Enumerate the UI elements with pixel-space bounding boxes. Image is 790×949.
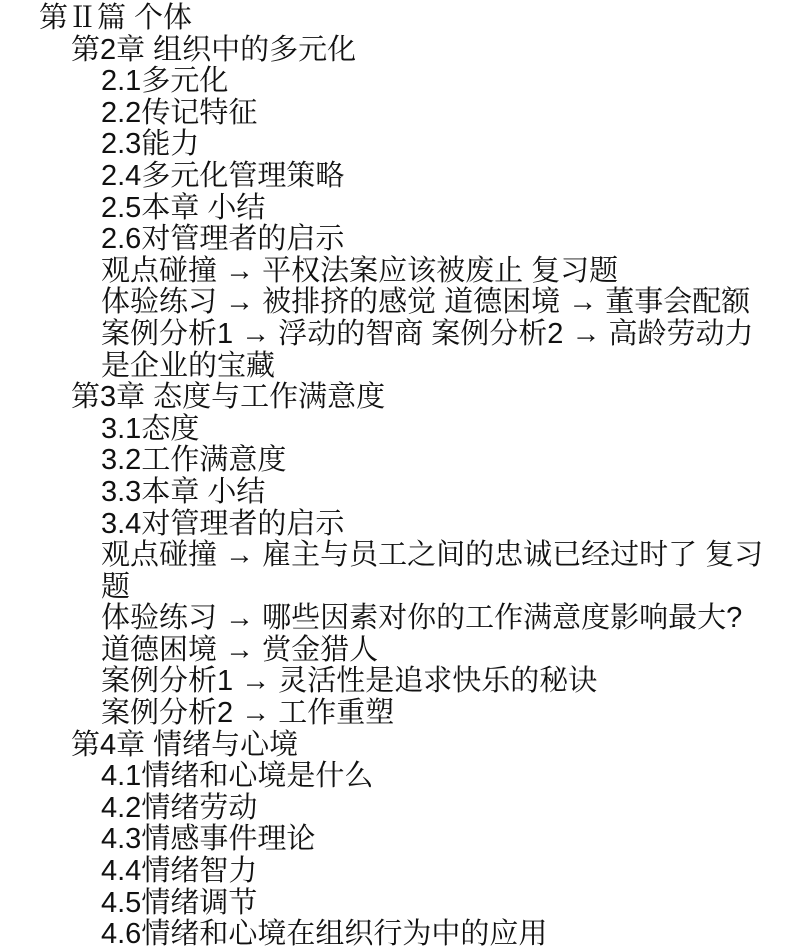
- toc-item[interactable]: 2.2传记特征: [101, 98, 780, 130]
- toc-item[interactable]: 4.4情绪智力: [101, 856, 780, 888]
- toc-item[interactable]: 2.5本章 小结: [101, 193, 780, 225]
- toc-item[interactable]: 4.1情绪和心境是什么: [101, 761, 780, 793]
- toc-chapter[interactable]: 第2章 组织中的多元化: [71, 35, 780, 67]
- toc-item[interactable]: 体验练习 → 哪些因素对你的工作满意度影响最大?: [101, 603, 780, 635]
- toc-item[interactable]: 体验练习 → 被排挤的感觉 道德困境 → 董事会配额: [101, 287, 780, 319]
- toc-item[interactable]: 道德困境 → 赏金猎人: [101, 635, 780, 667]
- toc-chapter[interactable]: 第4章 情绪与心境: [71, 730, 780, 762]
- toc-item[interactable]: 观点碰撞 → 平权法案应该被废止 复习题: [101, 256, 780, 288]
- toc-item[interactable]: 3.3本章 小结: [101, 477, 780, 509]
- toc-item[interactable]: 案例分析2 → 工作重塑: [101, 698, 780, 730]
- toc-page: 第Ⅱ篇 个体第2章 组织中的多元化2.1多元化2.2传记特征2.3能力2.4多元…: [0, 0, 790, 949]
- toc-item[interactable]: 观点碰撞 → 雇主与员工之间的忠诚已经过时了 复习题: [101, 540, 780, 603]
- toc-item[interactable]: 4.3情感事件理论: [101, 824, 780, 856]
- toc-item[interactable]: 2.1多元化: [101, 66, 780, 98]
- toc-item[interactable]: 案例分析1 → 灵活性是追求快乐的秘诀: [101, 666, 780, 698]
- toc-item[interactable]: 3.4对管理者的启示: [101, 509, 780, 541]
- toc-item[interactable]: 4.2情绪劳动: [101, 793, 780, 825]
- toc-item[interactable]: 3.1态度: [101, 414, 780, 446]
- toc-part[interactable]: 第Ⅱ篇 个体: [39, 3, 780, 35]
- toc-item[interactable]: 4.6情绪和心境在组织行为中的应用: [101, 919, 780, 949]
- toc-chapter[interactable]: 第3章 态度与工作满意度: [71, 382, 780, 414]
- toc-item[interactable]: 3.2工作满意度: [101, 445, 780, 477]
- toc-list: 第Ⅱ篇 个体第2章 组织中的多元化2.1多元化2.2传记特征2.3能力2.4多元…: [39, 3, 780, 949]
- toc-item[interactable]: 2.4多元化管理策略: [101, 161, 780, 193]
- toc-item[interactable]: 2.6对管理者的启示: [101, 224, 780, 256]
- toc-item[interactable]: 案例分析1 → 浮动的智商 案例分析2 → 高龄劳动力是企业的宝藏: [101, 319, 780, 382]
- toc-item[interactable]: 2.3能力: [101, 129, 780, 161]
- toc-item[interactable]: 4.5情绪调节: [101, 888, 780, 920]
